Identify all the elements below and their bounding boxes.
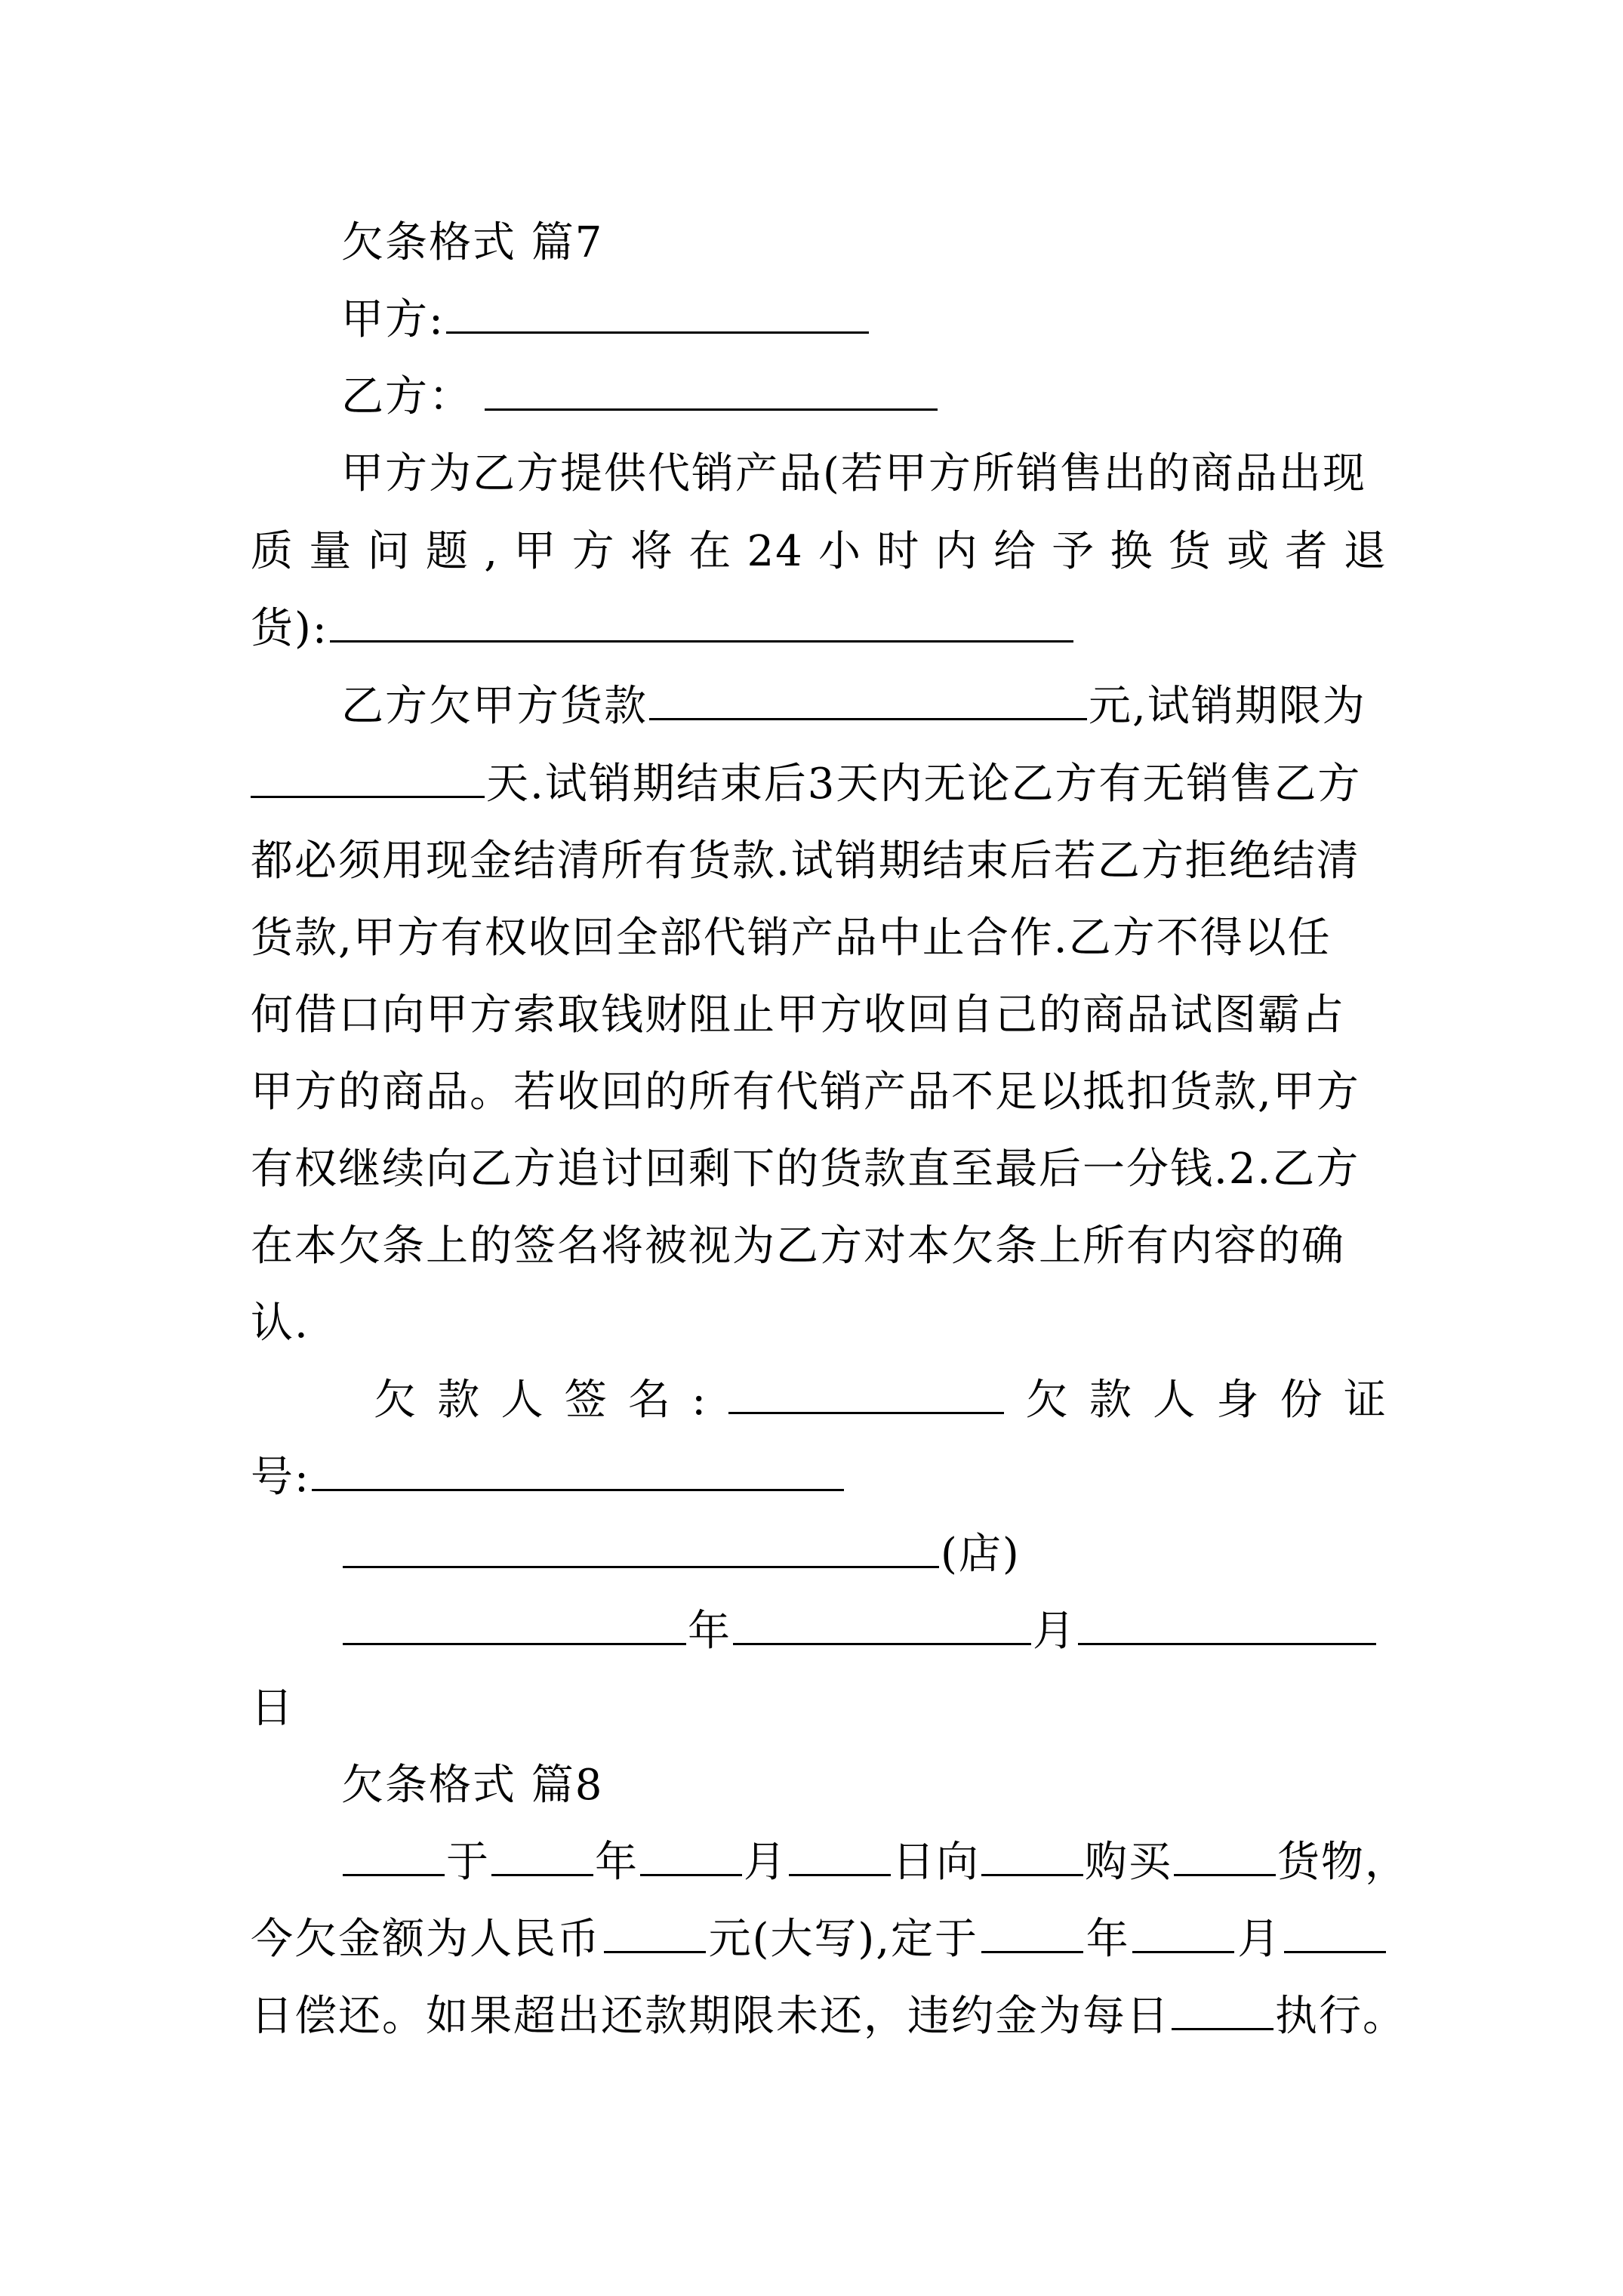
day-blank[interactable] (1078, 1605, 1376, 1645)
s8-line1: 于 年 月 日向 购买 货物， (341, 1824, 1387, 1901)
text-char: : (691, 1362, 707, 1439)
para2-line4: 货款,甲方有权收回全部代销产品中止合作.乙方不得以任 (251, 900, 1387, 977)
para1-line1: 甲方为乙方提供代销产品(若甲方所销售出的商品出现 (341, 436, 1387, 513)
section8-title: 欠条格式 篇8 (341, 1747, 1387, 1824)
para2-line1: 乙方欠甲方货款元,试销期限为 (341, 668, 1387, 745)
text-run: 日向 (892, 1824, 980, 1901)
id-number-row: 号: (251, 1439, 1387, 1516)
amount-blank[interactable] (604, 1913, 706, 1953)
text-char: 名 (628, 1362, 672, 1439)
text-char: , (484, 513, 499, 590)
party-a-blank[interactable] (446, 294, 869, 334)
s8-line3: 日偿还。如果超出还款期限未还，违约金为每日执行。 (251, 1978, 1413, 2055)
party-a-label: 甲方: (341, 295, 445, 344)
text-run: 月 (744, 1824, 787, 1901)
text-run: 年 (1086, 1901, 1130, 1978)
amount-blank[interactable] (649, 680, 1087, 720)
goods-blank[interactable] (330, 603, 1073, 643)
year-blank[interactable] (343, 1605, 686, 1645)
text-char: 小 (818, 513, 862, 590)
text-run: 货物， (1277, 1824, 1409, 1901)
party-b-label: 乙方： (341, 372, 473, 421)
text-run: 执行。 (1275, 1992, 1406, 2041)
text-run: 元(大写),定于 (709, 1901, 979, 1978)
para2-line9: 认. (251, 1285, 1387, 1362)
day-label: 日 (251, 1670, 1387, 1747)
party-b-blank[interactable] (485, 371, 938, 411)
text-char: 在 (688, 513, 732, 590)
date-row: 年月 (341, 1593, 1387, 1670)
text-char: 份 (1280, 1362, 1324, 1439)
text-char: 货 (1169, 513, 1212, 590)
text-char: 方 (572, 513, 616, 590)
text-char: 题 (426, 513, 470, 590)
text-char: 问 (368, 513, 411, 590)
text-char: 或 (1227, 513, 1270, 590)
text-char: 时 (876, 513, 920, 590)
text-char: 者 (1285, 513, 1329, 590)
year-blank[interactable] (491, 1836, 593, 1876)
goods-label: 货): (251, 604, 328, 653)
para1-line2: 质 量 问 题 , 甲 方 将 在 24 小 时 内 给 予 换 货 或 者 退 (251, 513, 1387, 590)
month-blank[interactable] (640, 1836, 742, 1876)
month-blank[interactable] (733, 1605, 1031, 1645)
shop-label: (店) (941, 1530, 1021, 1579)
para2-line7: 有权继续向乙方追讨回剩下的货款直至最后一分钱.2.乙方 (251, 1131, 1387, 1208)
party-b-row: 乙方： (341, 359, 1387, 436)
para2-line8: 在本欠条上的签名将被视为乙方对本欠条上所有内容的确 (251, 1208, 1387, 1285)
party-a-row: 甲方: (341, 282, 1387, 359)
text-run: 月 (1237, 1901, 1281, 1978)
document-page: 欠条格式 篇7 甲方: 乙方： 甲方为乙方提供代销产品(若甲方所销售出的商品出现… (0, 0, 1623, 2296)
text-char: 将 (630, 513, 674, 590)
shop-blank[interactable] (343, 1528, 939, 1568)
month-label: 月 (1033, 1607, 1076, 1656)
text-run: 于 (446, 1824, 490, 1901)
text-char: 签 (565, 1362, 608, 1439)
text-char: 予 (1052, 513, 1095, 590)
s8-line2: 今欠金额为人民币 元(大写),定于 年 月 (251, 1901, 1387, 1978)
repay-year-blank[interactable] (981, 1913, 1083, 1953)
para2-line2: 天.试销期结束后3天内无论乙方有无销售乙方 (251, 746, 1387, 823)
text-char: 人 (501, 1362, 545, 1439)
para2-line5: 何借口向甲方索取钱财阻止甲方收回自己的商品试图霸占 (251, 977, 1387, 1054)
repay-month-blank[interactable] (1132, 1913, 1234, 1953)
text-run: 日偿还。如果超出还款期限未还，违约金为每日 (251, 1992, 1170, 2041)
para2-line3: 都必须用现金结清所有货款.试销期结束后若乙方拒绝结清 (251, 823, 1387, 900)
penalty-blank[interactable] (1172, 1990, 1273, 2030)
text-run: 购买 (1085, 1824, 1172, 1901)
text-char: 身 (1216, 1362, 1260, 1439)
text-char: 款 (437, 1362, 481, 1439)
text-run: 天.试销期结束后3天内无论乙方有无销售乙方 (486, 760, 1361, 809)
day-blank[interactable] (789, 1836, 891, 1876)
text-char: 证 (1344, 1362, 1387, 1439)
text-char: 量 (309, 513, 353, 590)
signature-row: 欠 款 人 签 名 : 欠 款 人 身 份 证 (374, 1362, 1387, 1439)
goods-blank[interactable] (1174, 1836, 1276, 1876)
text-char: 退 (1344, 513, 1387, 590)
text-run: 今欠金额为人民币 (251, 1901, 601, 1978)
text-char: 欠 (1026, 1362, 1070, 1439)
text-char: 甲 (513, 513, 557, 590)
seller-blank[interactable] (981, 1836, 1083, 1876)
section7-title: 欠条格式 篇7 (341, 205, 1387, 282)
repay-day-blank[interactable] (1284, 1913, 1386, 1953)
signature-blank[interactable] (728, 1374, 1004, 1414)
text-char: 质 (251, 513, 294, 590)
text-run: 元,试销期限为 (1089, 682, 1366, 731)
text-char: 给 (993, 513, 1037, 590)
text-char: 内 (935, 513, 979, 590)
para2-line6: 甲方的商品。若收回的所有代销产品不足以抵扣货款,甲方 (251, 1054, 1387, 1131)
trial-days-blank[interactable] (251, 758, 485, 798)
id-number-label: 号: (251, 1453, 310, 1502)
para1-line3: 货): (251, 590, 1387, 667)
year-label: 年 (688, 1607, 731, 1656)
text-char: 欠 (374, 1362, 417, 1439)
shop-row: (店) (341, 1516, 1387, 1593)
text-run: 乙方欠甲方货款 (341, 682, 648, 731)
text-char: 人 (1153, 1362, 1196, 1439)
id-number-blank[interactable] (312, 1451, 844, 1491)
text-run: 年 (595, 1824, 639, 1901)
text-char: 款 (1089, 1362, 1133, 1439)
name-blank[interactable] (343, 1836, 445, 1876)
text-char: 24 (747, 513, 803, 590)
text-char: 换 (1110, 513, 1154, 590)
